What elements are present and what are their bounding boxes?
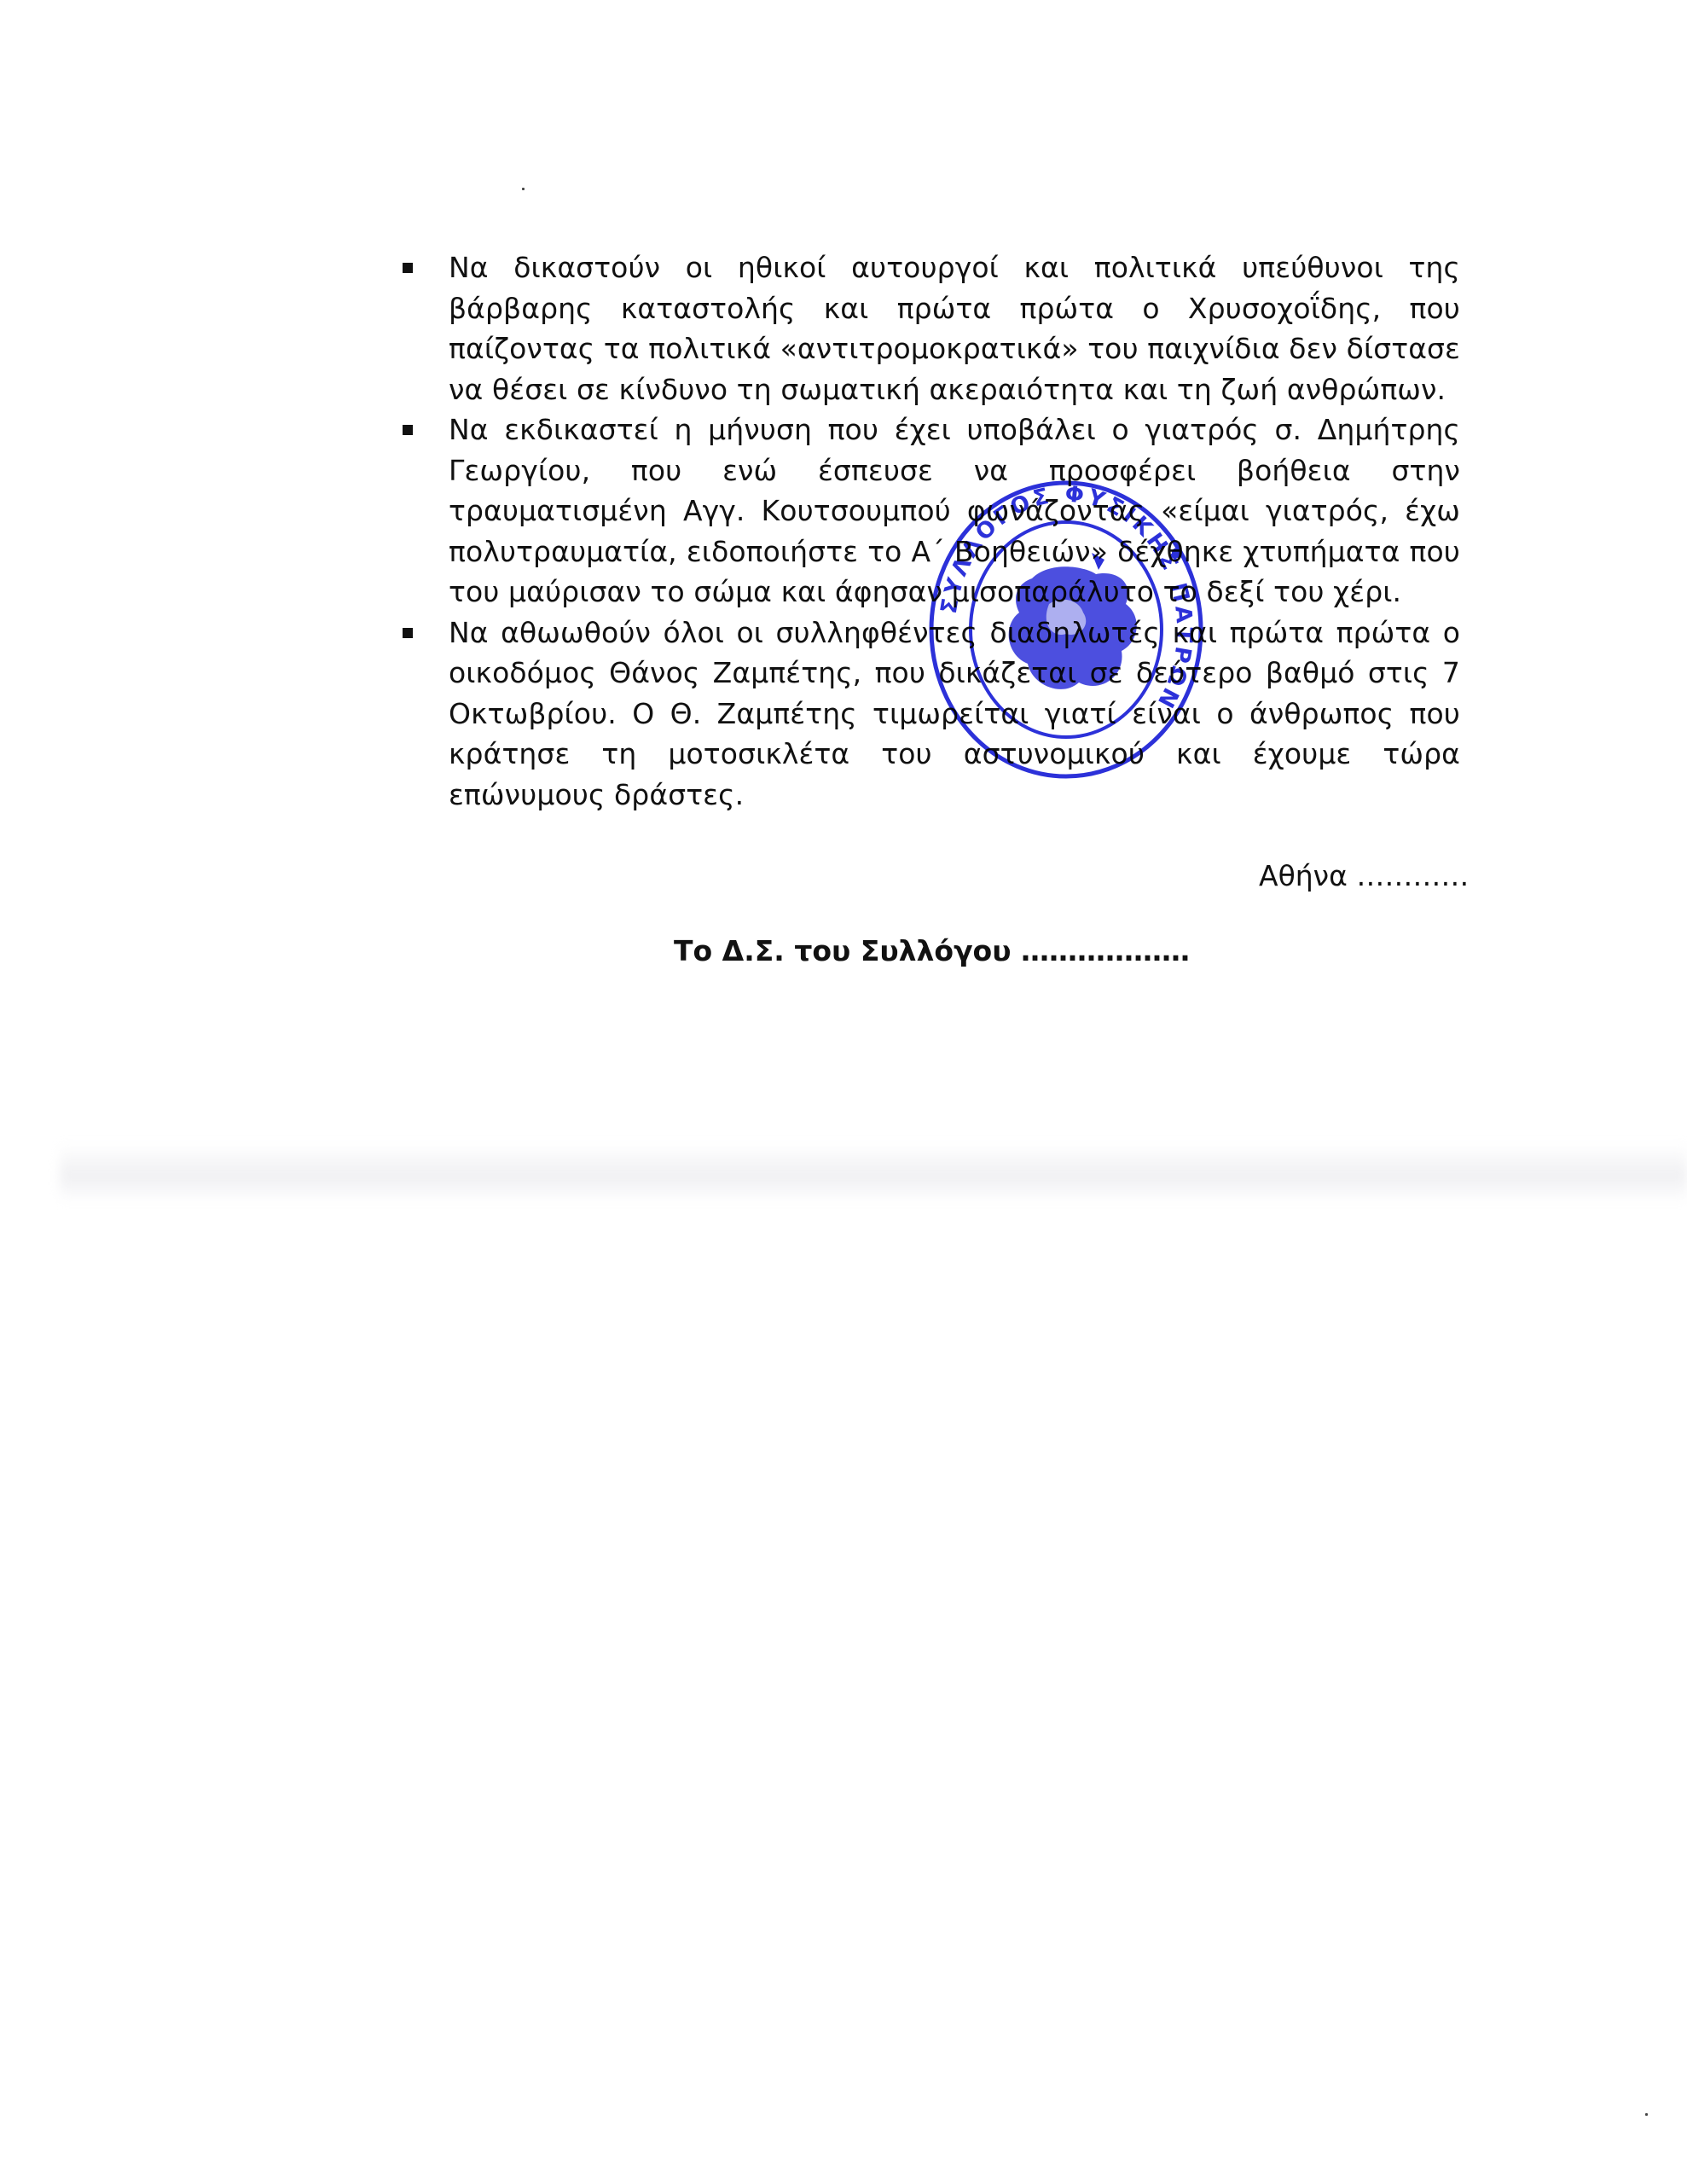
square-bullet-icon (403, 628, 413, 638)
scanned-page: Να δικαστούν οι ηθικοί αυτουργοί και πολ… (0, 0, 1687, 2184)
scan-speck (522, 188, 525, 190)
square-bullet-icon (403, 263, 413, 273)
paper-fold-shadow (60, 1143, 1687, 1203)
signature-line: Το Δ.Σ. του Συλλόγου ……………… (674, 932, 1190, 970)
scan-speck (1645, 2113, 1648, 2116)
demand-item: Να δικαστούν οι ηθικοί αυτουργοί και πολ… (394, 247, 1460, 409)
association-stamp-icon: ΣΥΛΛΟΓΟΣ ΦΥΣΙΚΗΣ ΠΑΤΡΩΝ (921, 459, 1211, 783)
demand-text: Να δικαστούν οι ηθικοί αυτουργοί και πολ… (449, 251, 1460, 406)
square-bullet-icon (403, 425, 413, 435)
place-date-line: Αθήνα ………… (1259, 857, 1469, 895)
